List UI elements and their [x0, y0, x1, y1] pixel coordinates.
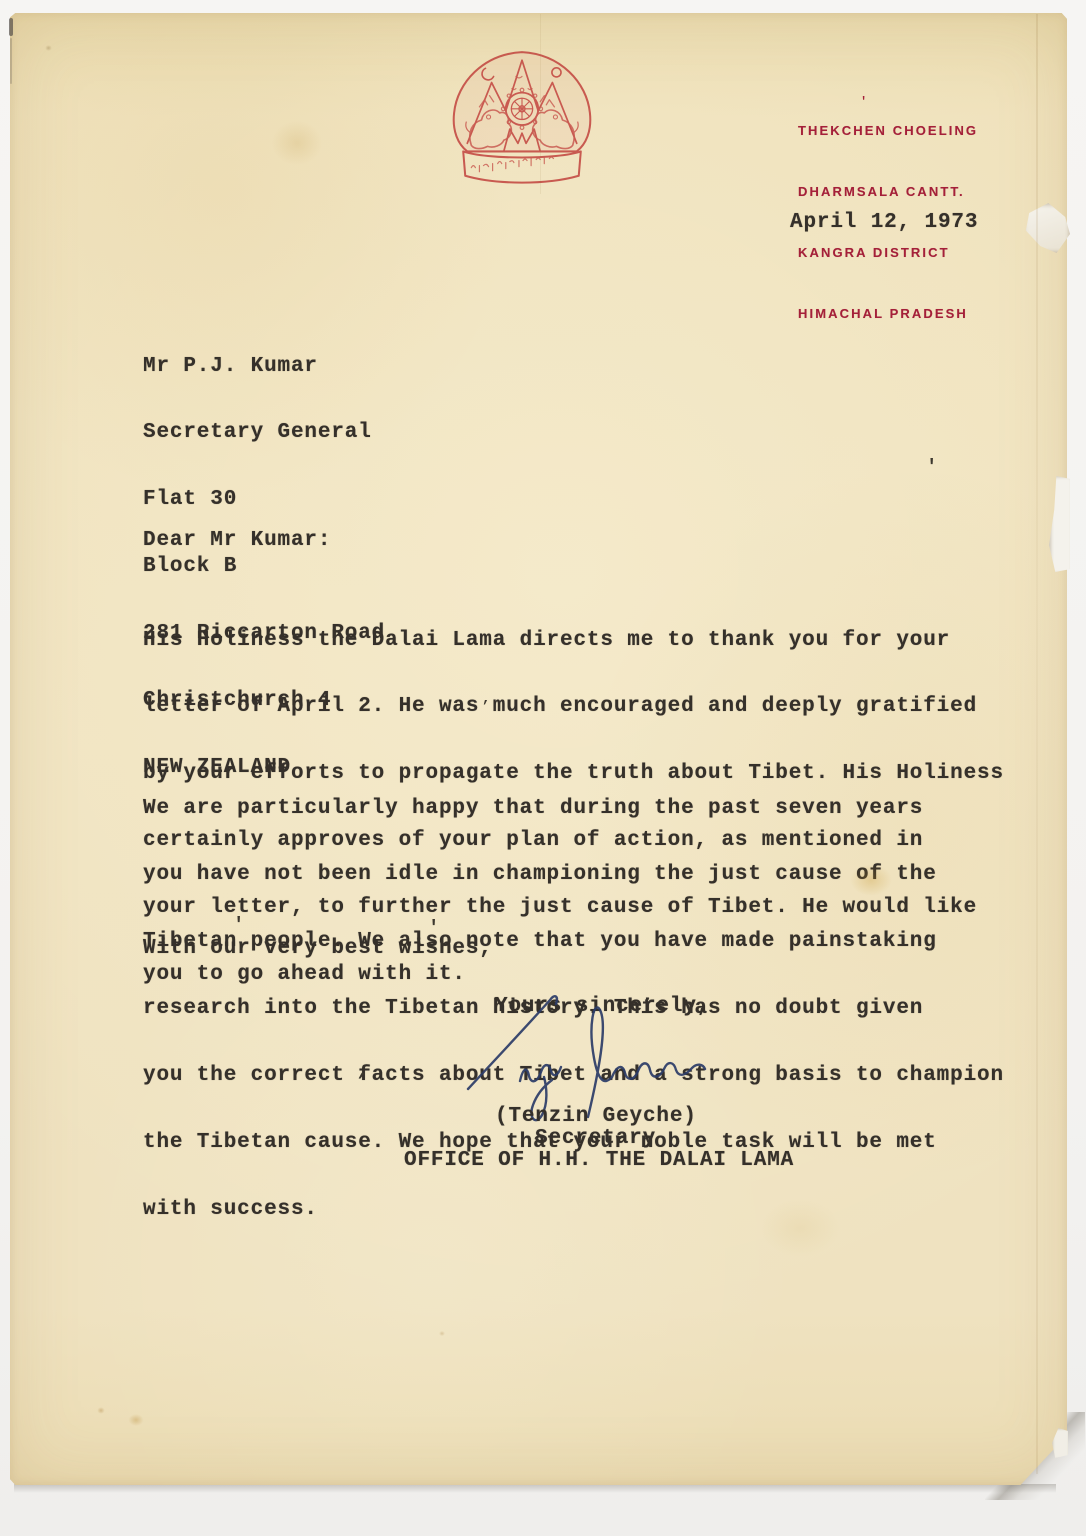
recipient-line: Secretary General: [143, 422, 385, 444]
stray-mark: ,: [482, 690, 490, 709]
body-line: His Holiness the Dalai Lama directs me t…: [143, 630, 1004, 652]
letterhead-line: HIMACHAL PRADESH: [798, 304, 978, 324]
closing-line: With our very best wishes,: [143, 938, 493, 960]
recipient-line: Mr P.J. Kumar: [143, 356, 385, 378]
scan-edge-mark: [9, 18, 13, 36]
recipient-line: Flat 30: [143, 489, 385, 511]
typed-name: (Tenzin Geyche): [495, 1106, 697, 1128]
signer-title: Secretary: [535, 1128, 656, 1150]
tibetan-script-banner: [471, 157, 553, 172]
scan-edge-mark: [10, 38, 12, 84]
paper-bottom-shadow: [14, 1484, 1056, 1493]
recipient-line: Block B: [143, 556, 385, 578]
date-line: April 12, 1973: [790, 212, 978, 234]
scanned-letter-page: THEKCHEN CHOELING DHARMSALA CANTT. KANGR…: [0, 0, 1086, 1536]
letterhead-tick-mark: ': [860, 93, 867, 112]
letterhead-line: DHARMSALA CANTT.: [798, 182, 978, 202]
body-line: you have not been idle in championing th…: [143, 864, 1004, 886]
signer-office: OFFICE OF H.H. THE DALAI LAMA: [404, 1150, 794, 1172]
stray-mark: ': [926, 458, 937, 477]
stray-mark: ': [233, 916, 244, 935]
letterhead-line: KANGRA DISTRICT: [798, 243, 978, 263]
dalai-lama-office-seal-icon: [440, 44, 604, 194]
body-line: letter of April 2. He was much encourage…: [143, 696, 1004, 718]
stray-mark: ': [428, 919, 439, 938]
letterhead-line: THEKCHEN CHOELING: [798, 121, 978, 141]
body-line: We are particularly happy that during th…: [143, 798, 1004, 820]
salutation: Dear Mr Kumar:: [143, 530, 331, 552]
body-line: with success.: [143, 1199, 1004, 1221]
